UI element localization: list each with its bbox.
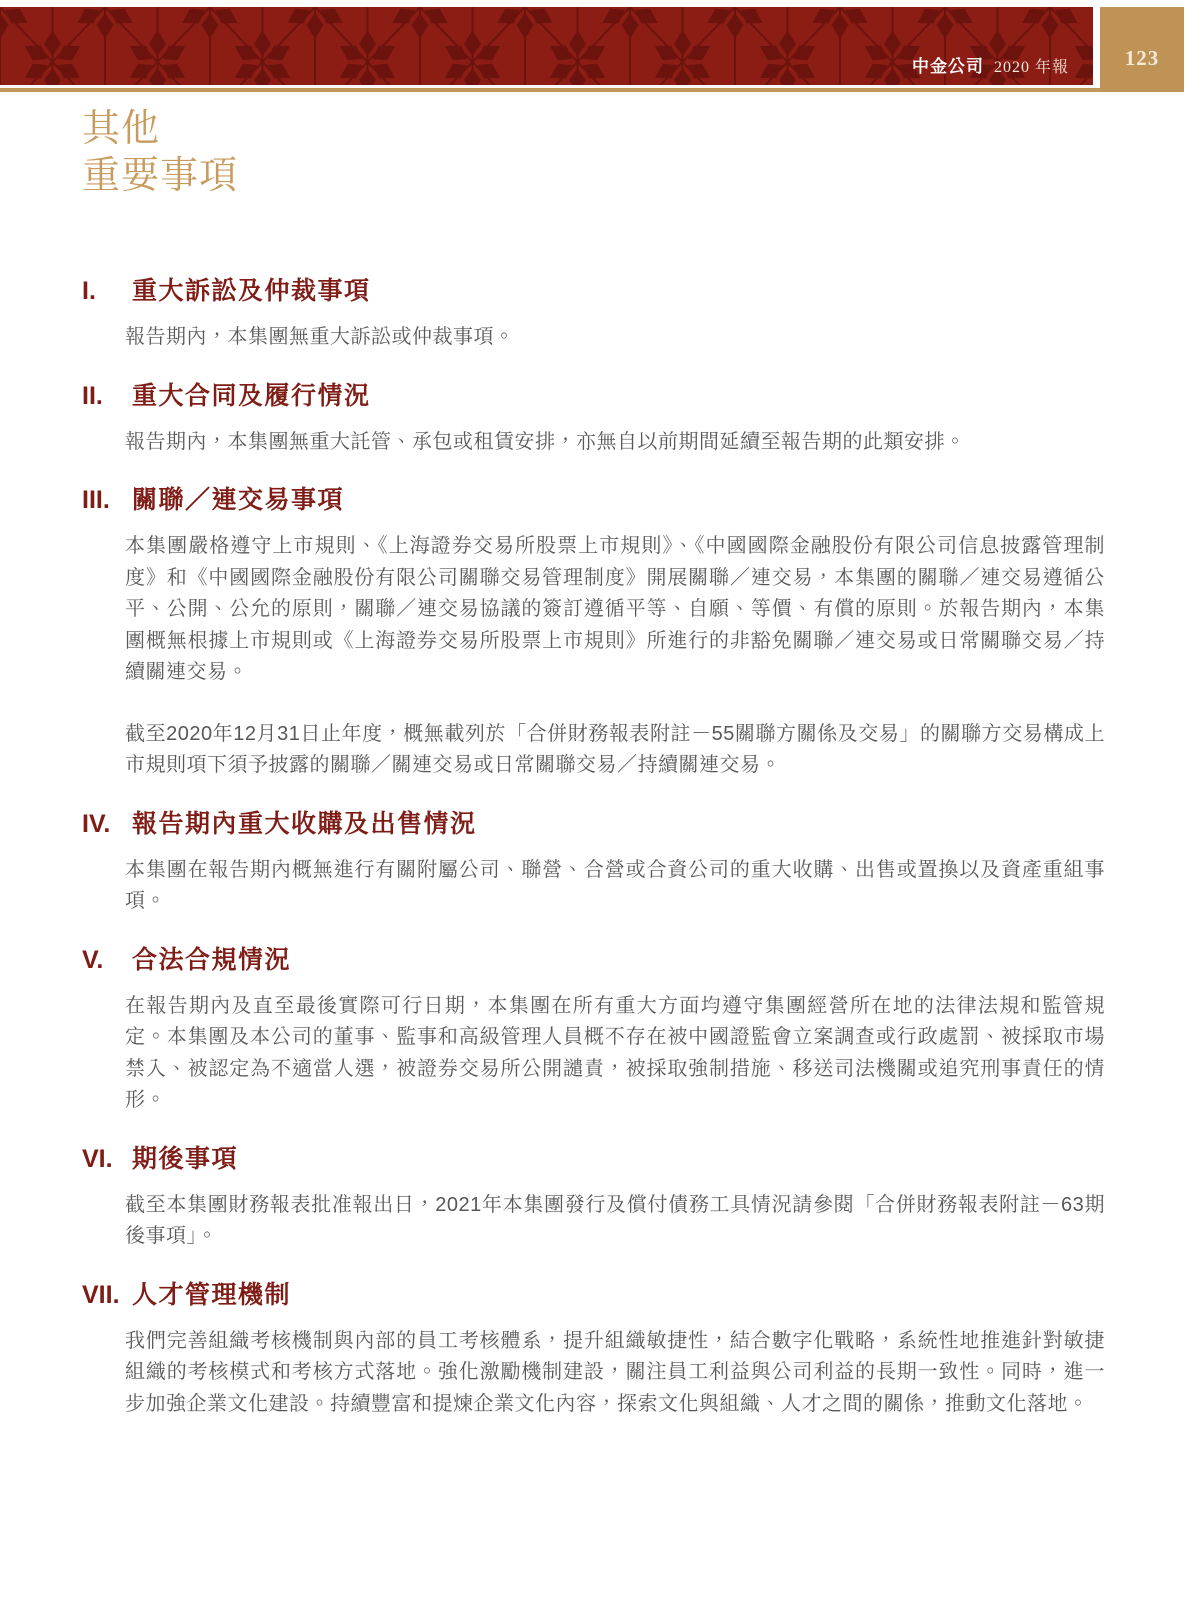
section-number: V. [82, 945, 132, 975]
section-subsequent-events: VI. 期後事項 截至本集團財務報表批准報出日，2021年本集團發行及償付債務工… [0, 1144, 1190, 1253]
section-number: IV. [82, 809, 132, 839]
section-related-transactions: III. 關聯／連交易事項 本集團嚴格遵守上市規則、《上海證券交易所股票上市規則… [0, 485, 1190, 782]
header-text: 中金公司 2020 年報 [912, 52, 1069, 77]
section-title: 關聯／連交易事項 [132, 485, 344, 515]
section-title: 重大訴訟及仲裁事項 [132, 276, 371, 306]
section-paragraph: 報告期內，本集團無重大託管、承包或租賃安排，亦無自以前期間延續至報告期的此類安排… [125, 427, 1105, 459]
section-paragraph: 截至2020年12月31日止年度，概無載列於「合併財務報表附註－55關聯方關係及… [125, 719, 1105, 782]
section-talent-management: VII. 人才管理機制 我們完善組織考核機制與內部的員工考核體系，提升組織敏捷性… [0, 1280, 1190, 1421]
section-acquisitions-disposals: IV. 報告期內重大收購及出售情況 本集團在報告期內概無進行有關附屬公司、聯營、… [0, 809, 1190, 918]
section-heading-row: VI. 期後事項 [82, 1144, 1190, 1174]
page-title-line2: 重要事項 [82, 153, 1190, 200]
section-heading-row: IV. 報告期內重大收購及出售情況 [82, 809, 1190, 839]
section-paragraph: 本集團嚴格遵守上市規則、《上海證券交易所股票上市規則》、《中國國際金融股份有限公… [125, 531, 1105, 689]
page-title-line1: 其他 [82, 106, 1190, 153]
page-number: 123 [1125, 46, 1160, 71]
section-heading-row: III. 關聯／連交易事項 [82, 485, 1190, 515]
page-number-box: 123 [1100, 7, 1184, 92]
section-paragraph: 我們完善組織考核機制與內部的員工考核體系，提升組織敏捷性，結合數字化戰略，系統性… [125, 1326, 1105, 1421]
section-paragraph: 在報告期內及直至最後實際可行日期，本集團在所有重大方面均遵守集團經營所在地的法律… [125, 991, 1105, 1117]
section-heading-row: VII. 人才管理機制 [82, 1280, 1190, 1310]
section-contracts: II. 重大合同及履行情況 報告期內，本集團無重大託管、承包或租賃安排，亦無自以… [0, 381, 1190, 459]
company-name: 中金公司 [912, 52, 984, 77]
section-compliance: V. 合法合規情況 在報告期內及直至最後實際可行日期，本集團在所有重大方面均遵守… [0, 945, 1190, 1117]
section-number: III. [82, 485, 132, 515]
section-heading-row: II. 重大合同及履行情況 [82, 381, 1190, 411]
page-title: 其他 重要事項 [82, 106, 1190, 200]
header-band: 中金公司 2020 年報 [0, 7, 1093, 85]
section-title: 重大合同及履行情況 [132, 381, 371, 411]
section-paragraph: 報告期內，本集團無重大訴訟或仲裁事項。 [125, 322, 1105, 354]
section-litigation: I. 重大訴訟及仲裁事項 報告期內，本集團無重大訴訟或仲裁事項。 [0, 276, 1190, 354]
section-title: 期後事項 [132, 1144, 238, 1174]
section-paragraph: 本集團在報告期內概無進行有關附屬公司、聯營、合營或合資公司的重大收購、出售或置換… [125, 855, 1105, 918]
section-number: VI. [82, 1144, 132, 1174]
report-year: 2020 年報 [994, 54, 1069, 77]
section-number: II. [82, 381, 132, 411]
section-title: 合法合規情況 [132, 945, 291, 975]
section-number: VII. [82, 1280, 132, 1310]
section-title: 人才管理機制 [132, 1280, 291, 1310]
header-rule [0, 88, 1184, 92]
section-title: 報告期內重大收購及出售情況 [132, 809, 477, 839]
section-heading-row: I. 重大訴訟及仲裁事項 [82, 276, 1190, 306]
section-paragraph: 截至本集團財務報表批准報出日，2021年本集團發行及償付債務工具情況請參閱「合併… [125, 1190, 1105, 1253]
section-heading-row: V. 合法合規情況 [82, 945, 1190, 975]
section-number: I. [82, 276, 132, 306]
